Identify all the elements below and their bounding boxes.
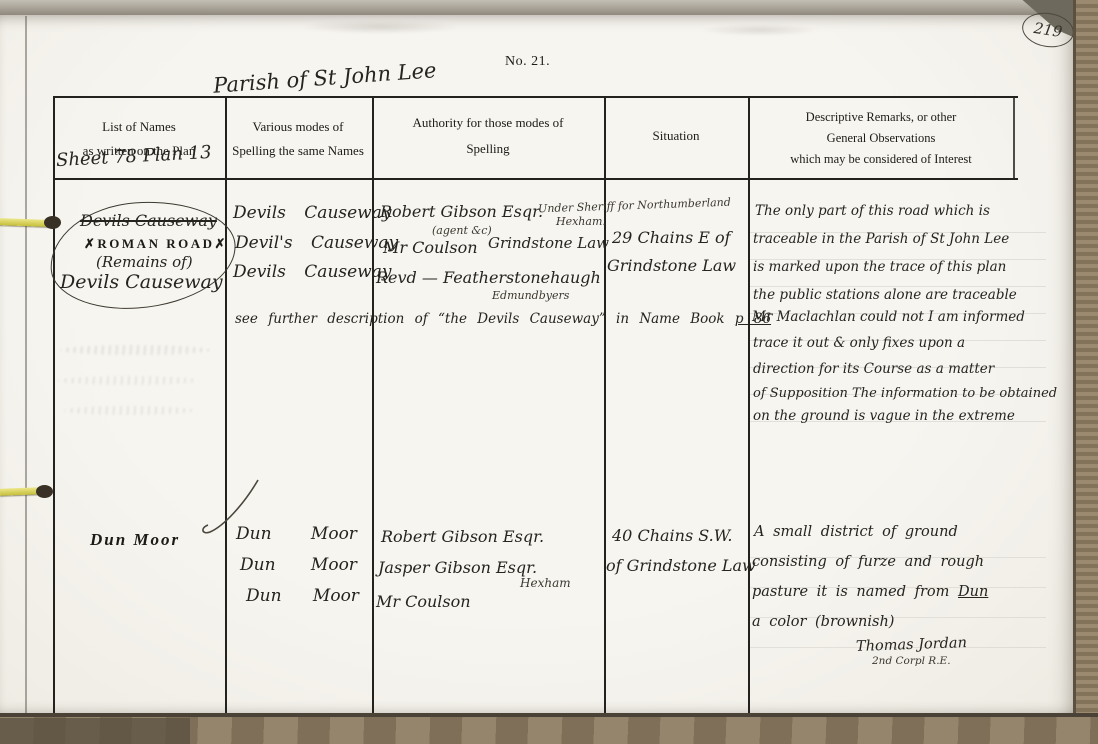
col-header-remarks-1: Descriptive Remarks, or other (806, 110, 957, 125)
authority-name: Jasper Gibson Esqr. (378, 558, 537, 577)
bleedthrough-text-smudge (60, 345, 210, 355)
col-header-names-1: List of Names (102, 119, 176, 135)
remarks-line: the public stations alone are traceable (753, 287, 1017, 303)
authority-name: Robert Gibson Esqr. (380, 202, 543, 221)
col-header-remarks-2: General Observations (827, 131, 936, 146)
cross-reference-text: see further description of “the Devils C… (235, 311, 725, 327)
remarks-line: The only part of this road which is (755, 203, 990, 219)
table-left-border (53, 96, 55, 714)
surveyor-rank: 2nd Corpl R.E. (872, 655, 951, 667)
remarks-line: traceable in the Parish of St John Lee (753, 231, 1009, 247)
table-top-border (53, 96, 1018, 98)
table-right-border (1013, 96, 1015, 178)
bleedthrough-text-smudge (64, 406, 194, 415)
survey-cross-mark-icon: ✗ (84, 236, 97, 251)
binding-hole-icon (36, 485, 53, 498)
remarks-line: A small district of ground (754, 524, 958, 540)
authority-name: Mr Coulson (376, 592, 471, 611)
page-number-label: No. 21. (505, 54, 550, 70)
situation-line: of Grindstone Law (606, 556, 756, 575)
remarks-text: pasture it is named from (752, 584, 958, 600)
bleedthrough-text-smudge (58, 376, 198, 385)
spelling-line: Dun Moor (236, 524, 357, 544)
spelling-line: Devil's Causeway (235, 233, 398, 253)
remarks-line: trace it out & only fixes upon a (753, 335, 965, 351)
col-header-remarks-3: which may be considered of Interest (790, 152, 972, 167)
authority-place: Edmundbyers (492, 289, 569, 302)
remarks-line: pasture it is named from Dun (752, 584, 988, 600)
binding-cord-icon (0, 487, 40, 495)
col-header-spelling-1: Various modes of (253, 119, 344, 135)
remarks-line: on the ground is vague in the extreme (753, 408, 1015, 424)
name-main: Dun Moor (90, 530, 180, 550)
spelling-line: Devils Causeway (233, 262, 391, 282)
column-divider-3 (604, 96, 606, 714)
remarks-line: direction for its Course as a matter (753, 361, 994, 377)
remarks-line: of Supposition The information to be obt… (753, 386, 1057, 401)
name-caps: ROMAN ROAD (97, 236, 214, 251)
corner-page-number-text: 219 (1032, 19, 1063, 41)
survey-cross-mark-icon: ✗ (214, 236, 227, 251)
authority-name: Mr Coulson (383, 238, 478, 257)
binding-hole-icon (44, 216, 61, 229)
remarks-line: consisting of furze and rough (752, 554, 984, 570)
spelling-line: Devils Causeway (233, 203, 391, 223)
table-header-separator (53, 178, 1018, 180)
situation-line: 29 Chains E of (612, 228, 731, 247)
paper-smudge (700, 24, 820, 36)
authority-note: (agent &c) (432, 224, 492, 237)
cross-reference-note: see further description of “the Devils C… (235, 311, 771, 327)
col-header-situation: Situation (653, 128, 700, 144)
name-main: Devils Causeway (60, 271, 223, 293)
spelling-line: Dun Moor (240, 555, 357, 575)
spelling-line: Dun Moor (246, 586, 359, 606)
column-divider-2 (372, 96, 374, 714)
authority-place: Hexham (520, 576, 571, 590)
book-corner-bottom-left (0, 718, 190, 744)
name-caps-line: ✗ROMAN ROAD✗ (84, 236, 228, 252)
remarks-line: a color (brownish) (752, 614, 894, 630)
name-struck: Devils Causeway (80, 211, 217, 230)
remarks-line: Mr Maclachlan could not I am informed (752, 309, 1025, 325)
authority-place: Grindstone Law (488, 234, 609, 252)
book-edge-right (1073, 0, 1098, 744)
col-header-spelling-2: Spelling the same Names (232, 143, 364, 159)
authority-place: Hexham. (556, 215, 606, 228)
col-header-authority-2: Spelling (466, 141, 509, 157)
underlined-word: Dun (958, 584, 988, 600)
situation-line: 40 Chains S.W. (612, 526, 732, 545)
authority-name: Revd — Featherstonehaugh (376, 268, 601, 287)
scanned-name-book-page: No. 21. Parish of St John Lee List of Na… (0, 0, 1098, 744)
paper-smudge (300, 20, 460, 34)
column-divider-4 (748, 96, 750, 714)
column-divider-1 (225, 96, 227, 714)
col-header-authority-1: Authority for those modes of (413, 115, 564, 131)
name-remains: (Remains of) (96, 253, 193, 271)
authority-name: Robert Gibson Esqr. (381, 527, 544, 546)
page-fold-line (25, 16, 27, 714)
remarks-line: is marked upon the trace of this plan (753, 259, 1006, 275)
situation-line: Grindstone Law (607, 256, 736, 275)
book-edge-top (0, 0, 1098, 15)
